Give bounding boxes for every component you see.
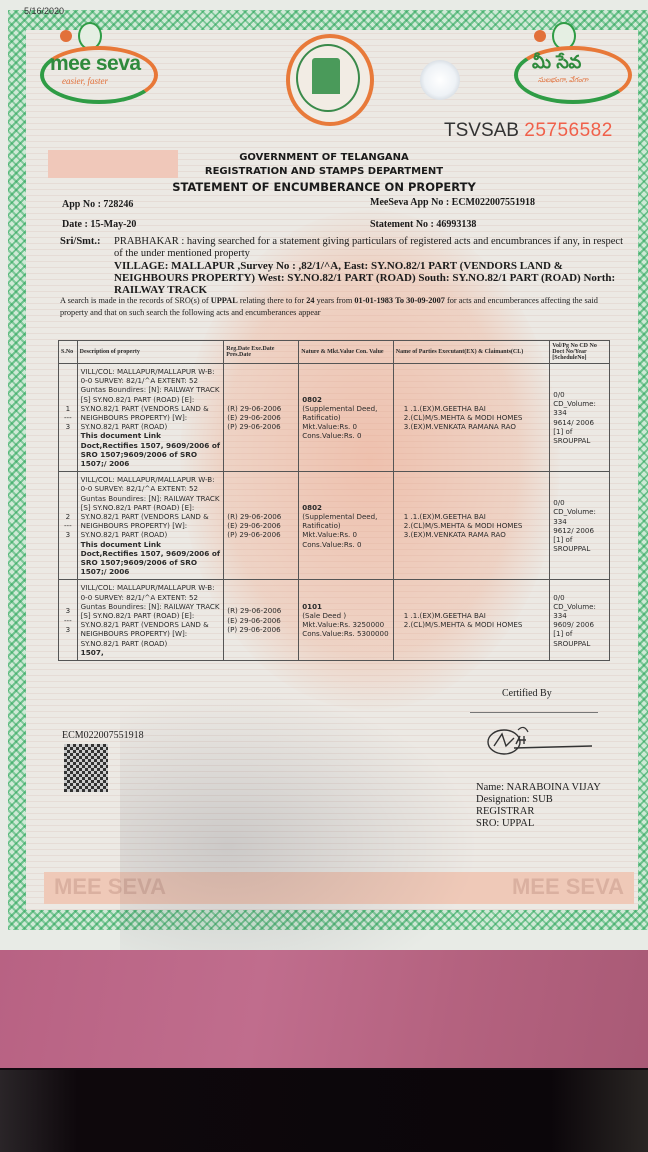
signer-sro: SRO: UPPAL	[476, 818, 601, 830]
signature-icon	[484, 724, 594, 758]
parties-line: 2.(CL)M/S.MEHTA & MODI HOMES	[404, 413, 546, 422]
sn-line: 3	[62, 606, 74, 615]
certified-by: Certified By	[502, 688, 552, 699]
vol-line: [1] of SROUPPAL	[553, 629, 606, 647]
description-note: This document Link Doct,Rectifies 1507, …	[81, 431, 221, 468]
vol-line: [1] of SROUPPAL	[553, 427, 606, 445]
search-text: years from	[317, 296, 353, 305]
row-sno: 2---3	[59, 472, 78, 580]
col-dates: Reg.Date Exe.Date Pres.Date	[224, 341, 299, 364]
nature-code: 0802	[302, 503, 390, 512]
row-description: VILL/COL: MALLAPUR/MALLAPUR W-B: 0-0 SUR…	[77, 472, 224, 580]
sn-line: 3	[62, 422, 74, 431]
row-nature: 0802 (Supplemental Deed, Ratificatio) Mk…	[299, 472, 394, 580]
search-statement: A search is made in the records of SRO(s…	[60, 295, 620, 319]
market-value: Mkt.Value:Rs. 0	[302, 422, 390, 431]
col-parties: Name of Parties Executant(EX) & Claimant…	[393, 341, 549, 364]
row-dates: (R) 29-06-2006(E) 29-06-2006(P) 29-06-20…	[224, 472, 299, 580]
vol-line: CD_Volume: 334	[553, 399, 606, 417]
search-text: A search is made in the records of SRO(s…	[60, 296, 209, 305]
col-volume: Vol/Pg No CD No Doct No/Year [ScheduleNo…	[550, 341, 610, 364]
row-nature: 0802 (Supplemental Deed, Ratificatio) Mk…	[299, 364, 394, 472]
serial-number: TSVSAB 25756582	[444, 120, 613, 142]
sn-line: ---	[62, 413, 74, 422]
certificate-paper: MEE SEVA MEE SEVA 5/16/2020 mee seva eas…	[0, 0, 648, 950]
title-department: REGISTRATION AND STAMPS DEPARTMENT	[0, 166, 648, 177]
vol-line: 0/0	[553, 390, 606, 399]
search-from: 01-01-1983	[354, 296, 393, 305]
title-statement: STATEMENT OF ENCUMBERANCE ON PROPERTY	[0, 180, 648, 194]
vol-line: CD_Volume: 334	[553, 507, 606, 525]
dates-line: (R) 29-06-2006	[227, 404, 295, 413]
vol-line: 0/0	[553, 593, 606, 602]
nature-text: (Supplemental Deed, Ratificatio)	[302, 404, 390, 422]
search-to: 30-09-2007	[406, 296, 445, 305]
table-header-row: S.No Description of property Reg.Date Ex…	[59, 341, 610, 364]
row-parties: 1 .1.(EX)M.GEETHA BAI2.(CL)M/S.MEHTA & M…	[393, 472, 549, 580]
row-sno: 3---3	[59, 580, 78, 661]
hologram-icon	[420, 60, 460, 100]
pink-folder	[0, 940, 648, 1068]
row-parties: 1 .1.(EX)M.GEETHA BAI2.(CL)M/S.MEHTA & M…	[393, 364, 549, 472]
sn-line: 1	[62, 404, 74, 413]
logo-text: mee seva	[50, 52, 141, 76]
consideration-value: Cons.Value:Rs. 5300000	[302, 629, 390, 638]
row-dates: (R) 29-06-2006(E) 29-06-2006(P) 29-06-20…	[224, 580, 299, 661]
signer-name: Name: NARABOINA VIJAY	[476, 782, 601, 794]
title-government: GOVERNMENT OF TELANGANA	[0, 152, 648, 163]
search-sro: UPPAL	[211, 296, 238, 305]
table-row: 2---3 VILL/COL: MALLAPUR/MALLAPUR W-B: 0…	[59, 472, 610, 580]
row-description: VILL/COL: MALLAPUR/MALLAPUR W-B: 0-0 SUR…	[77, 580, 224, 661]
vol-line: 9614/ 2006	[553, 418, 606, 427]
col-description: Description of property	[77, 341, 224, 364]
signer-designation: Designation: SUB	[476, 794, 601, 806]
vol-line: 9612/ 2006	[553, 526, 606, 535]
sn-line: ---	[62, 521, 74, 530]
nature-text: (Supplemental Deed, Ratificatio)	[302, 512, 390, 530]
meeseva-logo-telugu: మీ సేవ సులభంగా, వేగంగా	[510, 20, 630, 100]
applicant-label: Sri/Smt.:	[60, 236, 101, 248]
parties-line: 2.(CL)M/S.MEHTA & MODI HOMES	[404, 521, 546, 530]
market-value: Mkt.Value:Rs. 3250000	[302, 620, 390, 629]
qr-code-icon	[64, 744, 108, 792]
mascot-icon	[60, 30, 72, 42]
row-volume: 0/0CD_Volume: 3349614/ 2006[1] of SROUPP…	[550, 364, 610, 472]
mascot-icon	[534, 30, 546, 42]
consideration-value: Cons.Value:Rs. 0	[302, 431, 390, 440]
print-date: 5/16/2020	[24, 6, 64, 16]
government-seal-icon	[286, 34, 374, 126]
row-volume: 0/0CD_Volume: 3349612/ 2006[1] of SROUPP…	[550, 472, 610, 580]
dates-line: (E) 29-06-2006	[227, 413, 295, 422]
nature-text: (Sale Deed )	[302, 611, 390, 620]
dates-line: (R) 29-06-2006	[227, 606, 295, 615]
parties-line: 2.(CL)M/S.MEHTA & MODI HOMES	[404, 620, 546, 629]
parties-line: 1 .1.(EX)M.GEETHA BAI	[404, 512, 546, 521]
vol-line: CD_Volume: 334	[553, 602, 606, 620]
description-text: VILL/COL: MALLAPUR/MALLAPUR W-B: 0-0 SUR…	[81, 475, 221, 539]
sn-line: 3	[62, 625, 74, 634]
dates-line: (R) 29-06-2006	[227, 512, 295, 521]
ecm-number: ECM022007551918	[62, 730, 144, 741]
encumbrance-table: S.No Description of property Reg.Date Ex…	[58, 340, 610, 661]
logo-tagline: సులభంగా, వేగంగా	[538, 76, 588, 86]
dark-surface	[0, 1070, 648, 1152]
row-description: VILL/COL: MALLAPUR/MALLAPUR W-B: 0-0 SUR…	[77, 364, 224, 472]
row-sno: 1---3	[59, 364, 78, 472]
sn-line: 3	[62, 530, 74, 539]
signature-line	[470, 712, 598, 713]
logo-tagline: easier, faster	[62, 76, 108, 86]
search-years: 24	[306, 296, 314, 305]
col-nature: Nature & Mkt.Value Con. Value	[299, 341, 394, 364]
serial-digits: 25756582	[524, 120, 613, 141]
search-to-label: To	[395, 296, 404, 305]
parties-line: 1 .1.(EX)M.GEETHA BAI	[404, 404, 546, 413]
vol-line: 9609/ 2006	[553, 620, 606, 629]
description-note: 1507,	[81, 648, 221, 657]
vol-line: 0/0	[553, 498, 606, 507]
app-no: App No : 728246	[62, 199, 133, 210]
search-text: relating there to for	[240, 296, 304, 305]
parties-line: 3.(EX)M.VENKATA RAMANA RAO	[404, 422, 546, 431]
sn-line: ---	[62, 616, 74, 625]
description-text: VILL/COL: MALLAPUR/MALLAPUR W-B: 0-0 SUR…	[81, 583, 221, 647]
serial-prefix: TSVSAB	[444, 120, 519, 141]
row-nature: 0101 (Sale Deed ) Mkt.Value:Rs. 3250000 …	[299, 580, 394, 661]
nature-code: 0101	[302, 602, 390, 611]
footer-watermark-band: MEE SEVA MEE SEVA	[44, 872, 634, 904]
signer-designation-cont: REGISTRAR	[476, 806, 601, 818]
meeseva-logo-english: mee seva easier, faster	[36, 20, 156, 100]
nature-code: 0802	[302, 395, 390, 404]
table-row: 1---3 VILL/COL: MALLAPUR/MALLAPUR W-B: 0…	[59, 364, 610, 472]
row-volume: 0/0CD_Volume: 3349609/ 2006[1] of SROUPP…	[550, 580, 610, 661]
footer-watermark-right: MEE SEVA	[512, 874, 624, 900]
table-row: 3---3 VILL/COL: MALLAPUR/MALLAPUR W-B: 0…	[59, 580, 610, 661]
seal-tower	[312, 58, 340, 94]
sn-line: 2	[62, 512, 74, 521]
footer-watermark-left: MEE SEVA	[54, 874, 166, 900]
col-sno: S.No	[59, 341, 78, 364]
applicant-intro: PRABHAKAR : having searched for a statem…	[114, 236, 634, 260]
description-text: VILL/COL: MALLAPUR/MALLAPUR W-B: 0-0 SUR…	[81, 367, 221, 431]
vol-line: [1] of SROUPPAL	[553, 535, 606, 553]
meeseva-app-no: MeeSeva App No : ECM022007551918	[370, 197, 535, 208]
description-note: This document Link Doct,Rectifies 1507, …	[81, 540, 221, 577]
parties-line: 3.(EX)M.VENKATA RAMA RAO	[404, 530, 546, 539]
statement-no: Statement No : 46993138	[370, 219, 476, 230]
signer-details: Name: NARABOINA VIJAY Designation: SUB R…	[476, 782, 601, 830]
dates-line: (P) 29-06-2006	[227, 625, 295, 634]
dates-line: (E) 29-06-2006	[227, 616, 295, 625]
parties-line: 1 .1.(EX)M.GEETHA BAI	[404, 611, 546, 620]
logo-text: మీ సేవ	[532, 52, 581, 77]
consideration-value: Cons.Value:Rs. 0	[302, 540, 390, 549]
dates-line: (P) 29-06-2006	[227, 422, 295, 431]
dates-line: (E) 29-06-2006	[227, 521, 295, 530]
row-parties: 1 .1.(EX)M.GEETHA BAI2.(CL)M/S.MEHTA & M…	[393, 580, 549, 661]
market-value: Mkt.Value:Rs. 0	[302, 530, 390, 539]
statement-date: Date : 15-May-20	[62, 219, 136, 230]
row-dates: (R) 29-06-2006(E) 29-06-2006(P) 29-06-20…	[224, 364, 299, 472]
property-details: VILLAGE: MALLAPUR ,Survey No : ,82/1/^A,…	[114, 260, 634, 296]
dates-line: (P) 29-06-2006	[227, 530, 295, 539]
